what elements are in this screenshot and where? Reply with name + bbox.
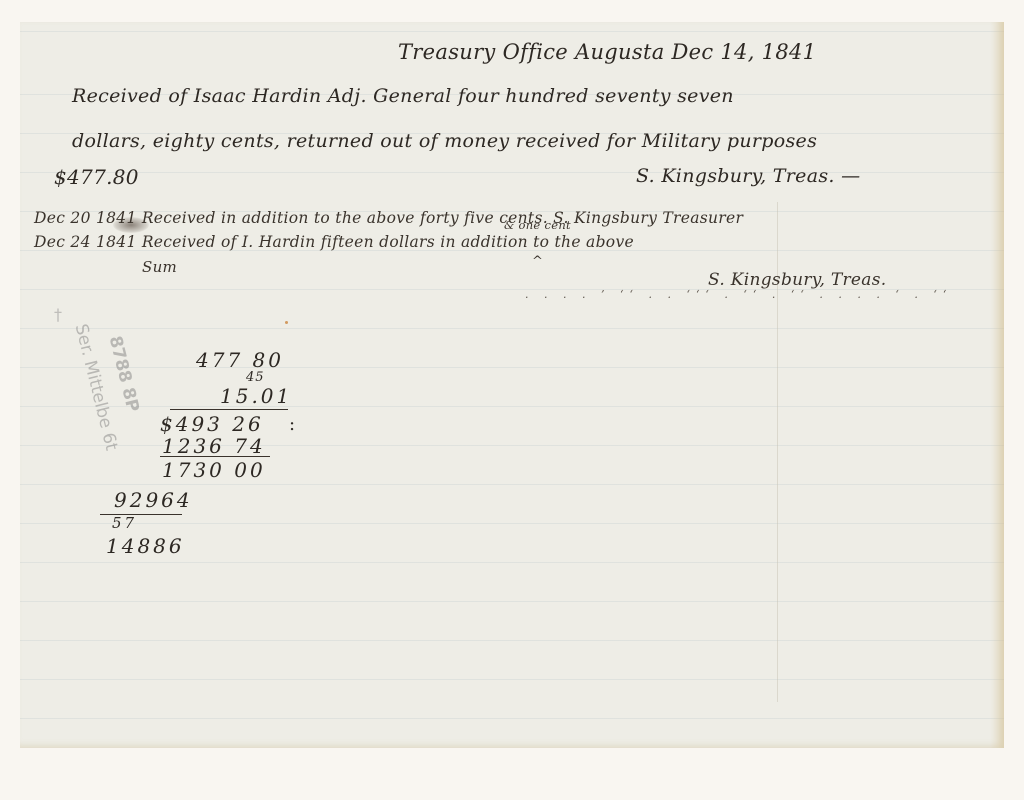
receipt-body-line-2: dollars, eighty cents, returned out of m… [72,130,817,152]
calc-row: 1730 00 [162,458,266,482]
paper-stain-speck [285,321,288,324]
addendum-interlineation: & one cent [504,218,571,232]
document-heading: Treasury Office Augusta Dec 14, 1841 [398,40,816,64]
document-paper: Treasury Office Augusta Dec 14, 1841 Rec… [20,22,1004,748]
dotted-line: . . . . ’ ‘‘ . . ‘‘‘ . ‘‘ . ‘‘ . . . . ‘… [525,288,952,301]
calc-row: 14886 [106,534,185,558]
receipt-amount: $477.80 [54,165,139,189]
insertion-caret: ^ [532,254,543,269]
addendum-line-3: Sum [142,258,177,276]
calc-row: 477 80 [196,348,284,372]
treasurer-signature-1: S. Kingsbury, Treas. — [636,165,860,187]
sum-rule [160,456,270,457]
margin-pencil-text-2: 8788 8P [105,334,143,414]
calc-row: $493 26 [160,412,264,436]
calc-row: 92964 [114,488,193,512]
calc-row: 15.01 [220,384,292,408]
colon-mark: : [289,414,295,435]
addendum-line-2: Dec 24 1841 Received of I. Hardin fiftee… [34,233,634,251]
sum-rule [170,409,288,410]
calc-row: 45 [246,370,265,385]
addendum-line-1: Dec 20 1841 Received in addition to the … [34,209,743,227]
receipt-body-line-1: Received of Isaac Hardin Adj. General fo… [72,85,734,107]
calc-row: 57 [112,514,137,532]
margin-pencil-note: Ser. Mittelbe 6t 8788 8P [50,322,130,482]
treasurer-signature-2: S. Kingsbury, Treas. [708,270,886,290]
calc-row: 1236 74 [162,434,266,458]
